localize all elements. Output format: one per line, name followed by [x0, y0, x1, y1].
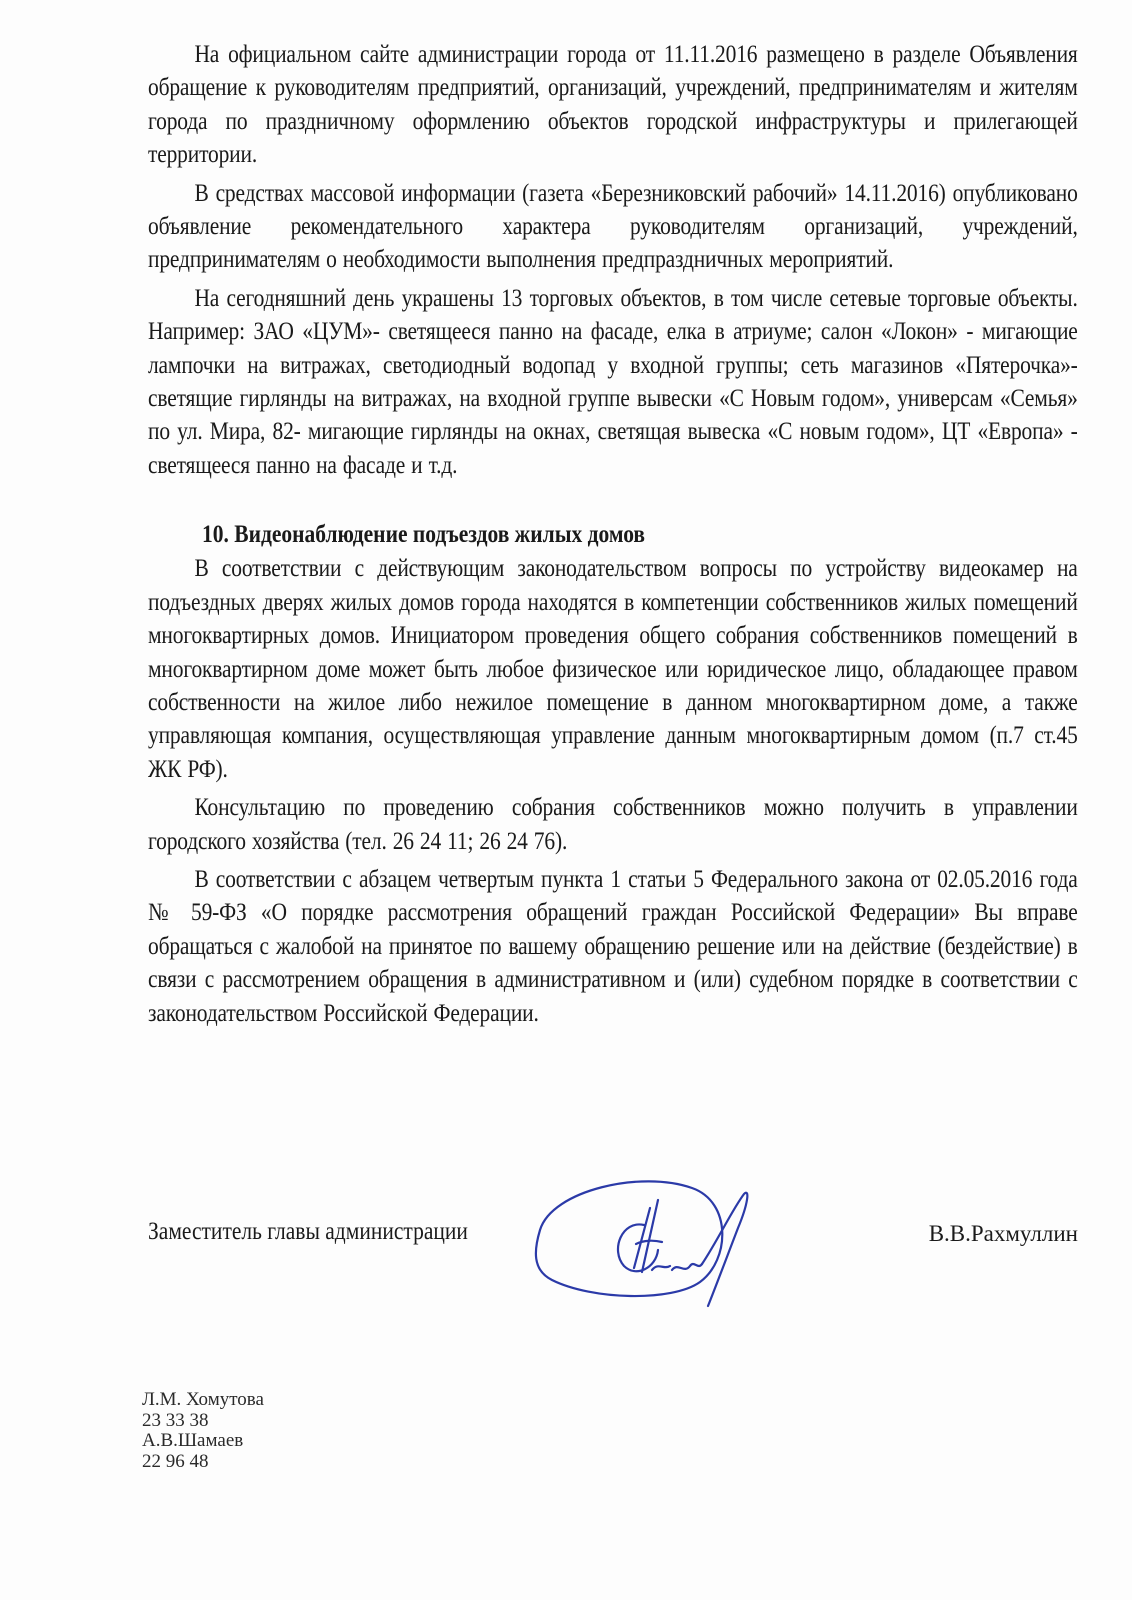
paragraph-appeal-rights: В соответствии с абзацем четвертым пункт…: [148, 863, 1078, 1030]
executor-name: А.В.Шамаев: [142, 1431, 264, 1452]
document-page: На официальном сайте администрации город…: [0, 0, 1132, 1600]
paragraph-mass-media: В средствах массовой информации (газета …: [148, 177, 1078, 277]
paragraph-website-announcement: На официальном сайте администрации город…: [148, 38, 1078, 172]
handwritten-signature-icon: [532, 1170, 782, 1310]
signatory-position: Заместитель главы администрации: [148, 1215, 468, 1249]
letter-body: На официальном сайте администрации город…: [148, 38, 1078, 1035]
signatory-name: В.В.Рахмуллин: [929, 1217, 1078, 1251]
paragraph-legislation-cameras: В соответствии с действующим законодател…: [148, 552, 1078, 786]
executor-name: Л.М. Хомутова: [142, 1390, 264, 1411]
section-heading-video-surveillance: 10. Видеонаблюдение подъездов жилых домо…: [202, 518, 1062, 552]
paragraph-decorated-objects: На сегодняшний день украшены 13 торговых…: [148, 282, 1078, 482]
paragraph-consultation: Консультацию по проведению собрания собс…: [148, 791, 1078, 858]
executor-phone: 22 96 48: [142, 1452, 264, 1473]
executors-block: Л.М. Хомутова 23 33 38 А.В.Шамаев 22 96 …: [142, 1390, 264, 1472]
executor-phone: 23 33 38: [142, 1411, 264, 1432]
